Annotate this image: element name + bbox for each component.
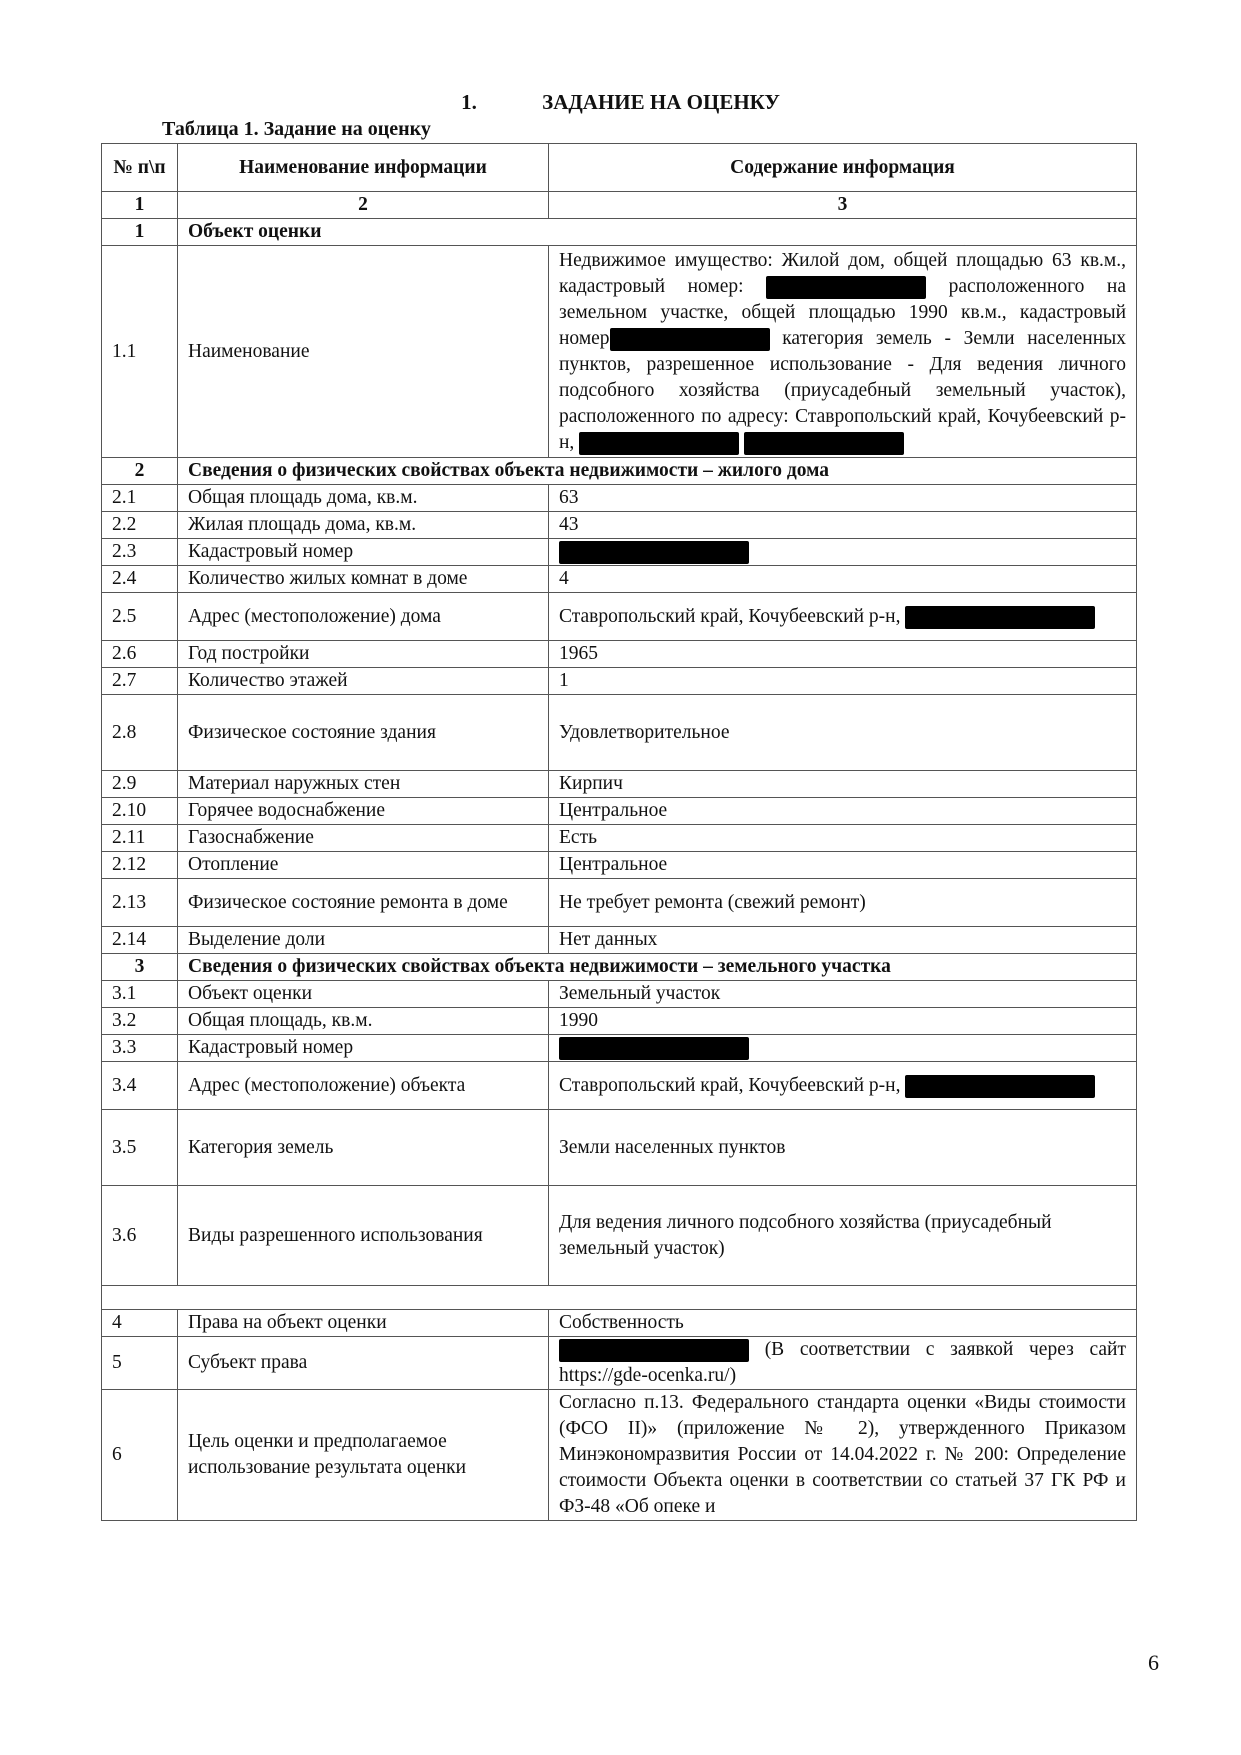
row-value: Центральное	[549, 852, 1137, 879]
row-number: 2.9	[102, 771, 178, 798]
row-value: Согласно п.13. Федерального стандарта оц…	[549, 1390, 1137, 1521]
section-title: Объект оценки	[178, 219, 1137, 246]
row-label: Объект оценки	[178, 981, 549, 1008]
row-number: 2.4	[102, 566, 178, 593]
table-row: 3.4Адрес (местоположение) объектаСтавроп…	[102, 1062, 1137, 1110]
row-value: Земельный участок	[549, 981, 1137, 1008]
row-label: Кадастровый номер	[178, 539, 549, 566]
row-number: 2.1	[102, 485, 178, 512]
redacted-block	[905, 1075, 1095, 1098]
row-value: Ставропольский край, Кочубеевский р-н,	[549, 593, 1137, 641]
table-row: 2.1Общая площадь дома, кв.м.63	[102, 485, 1137, 512]
row-number: 2.10	[102, 798, 178, 825]
row-number: 2.11	[102, 825, 178, 852]
row-value: 63	[549, 485, 1137, 512]
row-number: 6	[102, 1390, 178, 1521]
row-number: 3.4	[102, 1062, 178, 1110]
row-number: 3.6	[102, 1186, 178, 1286]
column-number: 1	[102, 192, 178, 219]
table-row: 5Субъект права (В соответствии с заявкой…	[102, 1337, 1137, 1390]
row-label: Количество этажей	[178, 668, 549, 695]
row-label: Права на объект оценки	[178, 1310, 549, 1337]
table-header-row: № п\п Наименование информации Содержание…	[102, 144, 1137, 192]
row-number: 1.1	[102, 246, 178, 458]
row-value: Нет данных	[549, 927, 1137, 954]
table-row: 2.2Жилая площадь дома, кв.м.43	[102, 512, 1137, 539]
table-row: 2.8Физическое состояние зданияУдовлетвор…	[102, 695, 1137, 771]
row-label: Категория земель	[178, 1110, 549, 1186]
row-value: Ставропольский край, Кочубеевский р-н,	[549, 1062, 1137, 1110]
row-label: Материал наружных стен	[178, 771, 549, 798]
table-row: 2.9Материал наружных стенКирпич	[102, 771, 1137, 798]
row-value: 4	[549, 566, 1137, 593]
row-label: Кадастровый номер	[178, 1035, 549, 1062]
table-row: 4Права на объект оценкиСобственность	[102, 1310, 1137, 1337]
section-number: 1.	[461, 90, 477, 114]
row-label: Виды разрешенного использования	[178, 1186, 549, 1286]
row-value: Кирпич	[549, 771, 1137, 798]
page-number: 6	[1148, 1650, 1159, 1676]
table-row: 3.3Кадастровый номер	[102, 1035, 1137, 1062]
header-number: № п\п	[102, 144, 178, 192]
table-row: 2.13Физическое состояние ремонта в домеН…	[102, 879, 1137, 927]
row-label: Выделение доли	[178, 927, 549, 954]
row-number: 2.5	[102, 593, 178, 641]
table-row: 2.3Кадастровый номер	[102, 539, 1137, 566]
row-value: Недвижимое имущество: Жилой дом, общей п…	[549, 246, 1137, 458]
row-label: Жилая площадь дома, кв.м.	[178, 512, 549, 539]
row-value: Не требует ремонта (свежий ремонт)	[549, 879, 1137, 927]
section-heading: 1. ЗАДАНИЕ НА ОЦЕНКУ	[0, 90, 1241, 115]
row-number: 2.3	[102, 539, 178, 566]
table-row: 2.5Адрес (местоположение) домаСтаврополь…	[102, 593, 1137, 641]
table-row: 3.5Категория земельЗемли населенных пунк…	[102, 1110, 1137, 1186]
row-number: 2	[102, 458, 178, 485]
row-label: Наименование	[178, 246, 549, 458]
row-number: 2.2	[102, 512, 178, 539]
row-number: 1	[102, 219, 178, 246]
table-row: 2.6Год постройки1965	[102, 641, 1137, 668]
section-row: 2Сведения о физических свойствах объекта…	[102, 458, 1137, 485]
row-label: Количество жилых комнат в доме	[178, 566, 549, 593]
row-value: Земли населенных пунктов	[549, 1110, 1137, 1186]
row-number: 2.12	[102, 852, 178, 879]
row-label: Газоснабжение	[178, 825, 549, 852]
column-number: 2	[178, 192, 549, 219]
redacted-block	[610, 328, 770, 351]
section-title: ЗАДАНИЕ НА ОЦЕНКУ	[542, 90, 780, 114]
table-row: 2.4Количество жилых комнат в доме4	[102, 566, 1137, 593]
row-label: Год постройки	[178, 641, 549, 668]
header-content: Содержание информация	[549, 144, 1137, 192]
table-row: 2.7Количество этажей1	[102, 668, 1137, 695]
redacted-block	[559, 1339, 749, 1362]
redacted-block	[744, 432, 904, 455]
blank-row	[102, 1286, 1137, 1310]
row-value: 1990	[549, 1008, 1137, 1035]
section-row: 3Сведения о физических свойствах объекта…	[102, 954, 1137, 981]
row-label: Цель оценки и предполагаемое использован…	[178, 1390, 549, 1521]
column-number-row: 1 2 3	[102, 192, 1137, 219]
table-row: 2.11ГазоснабжениеЕсть	[102, 825, 1137, 852]
row-value: 1965	[549, 641, 1137, 668]
row-value: Собственность	[549, 1310, 1137, 1337]
row-value: Есть	[549, 825, 1137, 852]
row-number: 5	[102, 1337, 178, 1390]
table-row: 2.10Горячее водоснабжениеЦентральное	[102, 798, 1137, 825]
assessment-task-table: № п\п Наименование информации Содержание…	[101, 143, 1137, 1521]
row-value: Удовлетворительное	[549, 695, 1137, 771]
redacted-block	[579, 432, 739, 455]
row-number: 4	[102, 1310, 178, 1337]
row-label: Адрес (местоположение) объекта	[178, 1062, 549, 1110]
redacted-block	[559, 1037, 749, 1060]
row-number: 3.1	[102, 981, 178, 1008]
row-label: Отопление	[178, 852, 549, 879]
row-label: Физическое состояние ремонта в доме	[178, 879, 549, 927]
table-row: 3.6Виды разрешенного использованияДля ве…	[102, 1186, 1137, 1286]
row-number: 2.8	[102, 695, 178, 771]
row-number: 2.6	[102, 641, 178, 668]
redacted-block	[766, 276, 926, 299]
row-label: Общая площадь дома, кв.м.	[178, 485, 549, 512]
row-value: (В соответствии с заявкой через сайт htt…	[549, 1337, 1137, 1390]
row-number: 3.2	[102, 1008, 178, 1035]
row-value: 1	[549, 668, 1137, 695]
redacted-block	[905, 606, 1095, 629]
table-row: 3.2Общая площадь, кв.м.1990	[102, 1008, 1137, 1035]
row-value: Центральное	[549, 798, 1137, 825]
table-row: 3.1Объект оценкиЗемельный участок	[102, 981, 1137, 1008]
row-label: Горячее водоснабжение	[178, 798, 549, 825]
row-number: 2.14	[102, 927, 178, 954]
row-value	[549, 1035, 1137, 1062]
table-row: 1.1НаименованиеНедвижимое имущество: Жил…	[102, 246, 1137, 458]
column-number: 3	[549, 192, 1137, 219]
redacted-block	[559, 541, 749, 564]
row-number: 3.3	[102, 1035, 178, 1062]
row-value: Для ведения личного подсобного хозяйства…	[549, 1186, 1137, 1286]
section-title: Сведения о физических свойствах объекта …	[178, 458, 1137, 485]
row-number: 3	[102, 954, 178, 981]
table-row: 6Цель оценки и предполагаемое использова…	[102, 1390, 1137, 1521]
row-value: 43	[549, 512, 1137, 539]
section-row: 1Объект оценки	[102, 219, 1137, 246]
row-number: 3.5	[102, 1110, 178, 1186]
table-caption: Таблица 1. Задание на оценку	[162, 118, 431, 141]
blank-cell	[102, 1286, 1137, 1310]
row-label: Адрес (местоположение) дома	[178, 593, 549, 641]
section-title: Сведения о физических свойствах объекта …	[178, 954, 1137, 981]
row-number: 2.13	[102, 879, 178, 927]
row-label: Общая площадь, кв.м.	[178, 1008, 549, 1035]
row-label: Субъект права	[178, 1337, 549, 1390]
row-number: 2.7	[102, 668, 178, 695]
table-row: 2.14Выделение долиНет данных	[102, 927, 1137, 954]
table-row: 2.12ОтоплениеЦентральное	[102, 852, 1137, 879]
row-label: Физическое состояние здания	[178, 695, 549, 771]
row-value	[549, 539, 1137, 566]
header-name: Наименование информации	[178, 144, 549, 192]
